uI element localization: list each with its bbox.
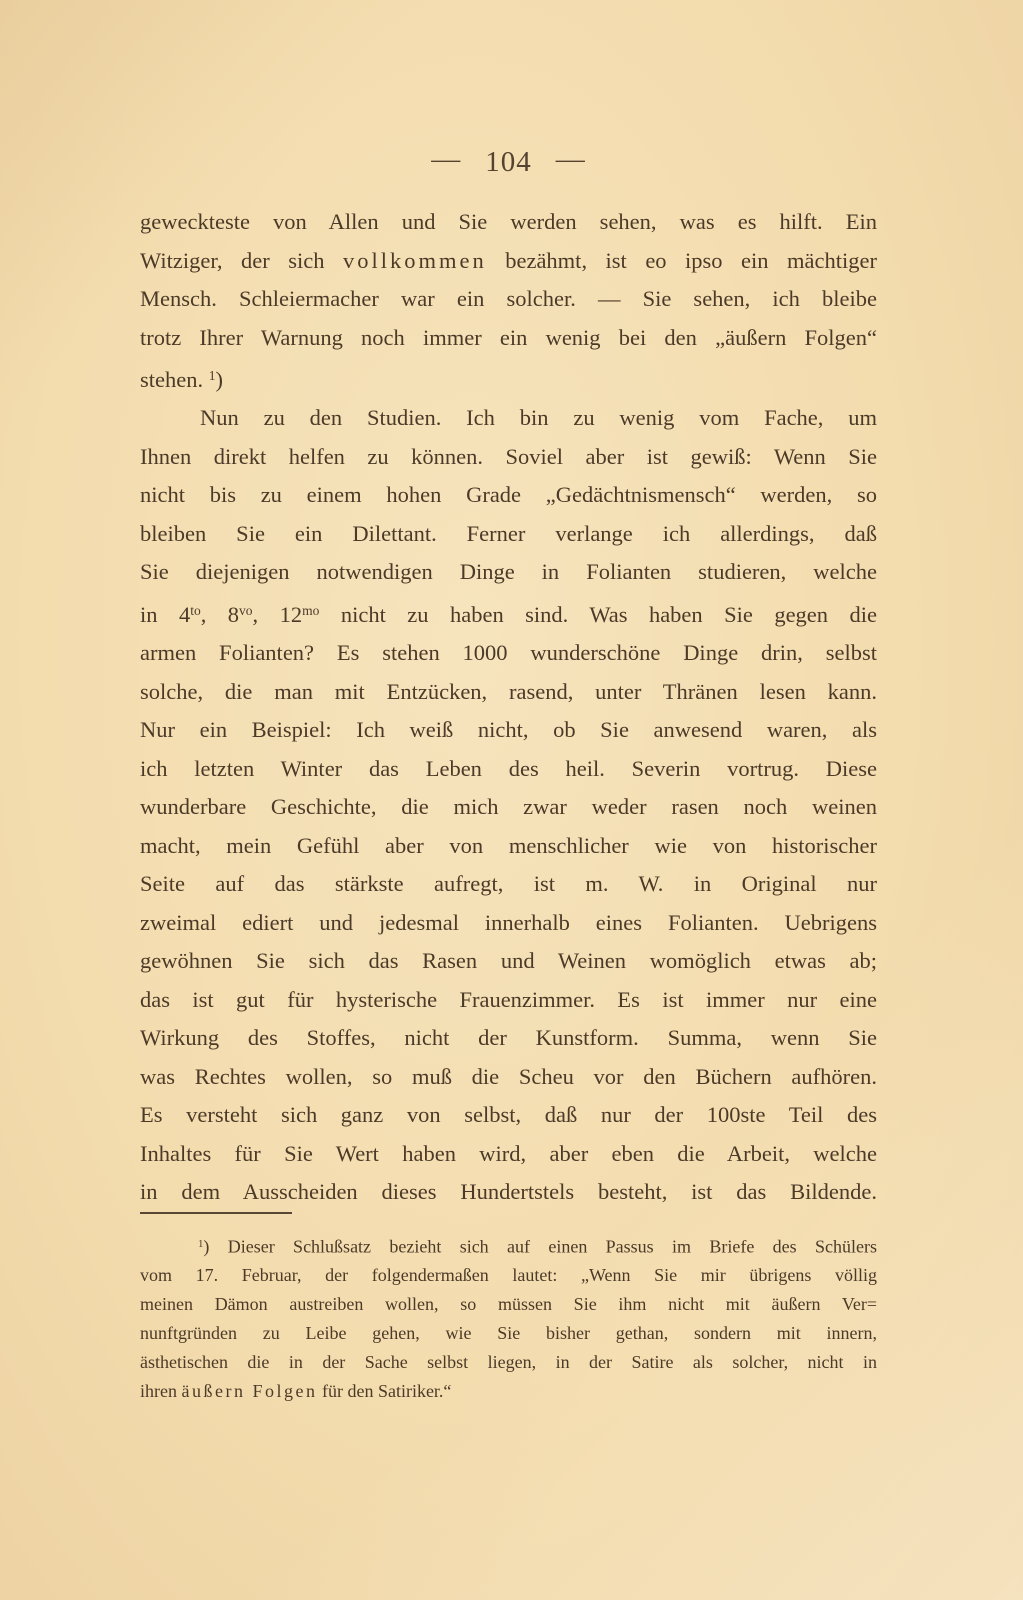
text-segment: bezähmt, ist bbox=[487, 248, 646, 273]
text-line: Mensch. Schleiermacher war ein solcher. … bbox=[140, 280, 877, 319]
text-line: Ihnen direkt helfen zu können. Soviel ab… bbox=[140, 438, 877, 477]
text-segment: Wirkung des Stoffes, nicht der Kunstform… bbox=[140, 1025, 877, 1050]
text-segment: Seite auf das stärkste aufregt, ist m. W… bbox=[140, 871, 877, 896]
paragraph-2: Nun zu den Studien. Ich bin zu wenig vom… bbox=[140, 399, 877, 1211]
text-line: Nun zu den Studien. Ich bin zu wenig vom… bbox=[140, 399, 877, 438]
footnote: 1) Dieser Schlußsatz bezieht sich auf ei… bbox=[140, 1230, 877, 1406]
text-segment: ein mächtiger bbox=[723, 248, 877, 273]
text-line: was Rechtes wollen, so muß die Scheu vor… bbox=[140, 1058, 877, 1097]
text-segment: 100 bbox=[707, 1102, 741, 1127]
text-segment: geweckteste von Allen und Sie werden seh… bbox=[140, 209, 877, 234]
text-segment: nicht zu haben sind. Was haben Sie gegen… bbox=[319, 602, 877, 627]
text-segment: Inhaltes für Sie Wert haben wird, aber e… bbox=[140, 1141, 877, 1166]
text-line: macht, mein Gefühl aber von menschlicher… bbox=[140, 827, 877, 866]
text-segment: armen Folianten? Es stehen bbox=[140, 640, 463, 665]
text-line: Seite auf das stärkste aufregt, ist m. W… bbox=[140, 865, 877, 904]
header-dash-right: — bbox=[556, 143, 586, 175]
text-segment: Mensch. Schleiermacher war ein solcher. … bbox=[140, 286, 877, 311]
text-segment: ) bbox=[215, 367, 223, 392]
text-line: ihren äußern Folgen für den Satiriker.“ bbox=[140, 1377, 877, 1406]
text-segment: vom bbox=[140, 1265, 196, 1285]
text-line: in 4to, 8vo, 12mo nicht zu haben sind. W… bbox=[140, 592, 877, 634]
paragraph-1: geweckteste von Allen und Sie werden seh… bbox=[140, 203, 877, 399]
text-line: armen Folianten? Es stehen 1000 wundersc… bbox=[140, 634, 877, 673]
text-segment: mo bbox=[302, 603, 319, 618]
text-segment: zweimal ediert und jedesmal innerhalb ei… bbox=[140, 910, 877, 935]
text-line: wunderbare Geschichte, die mich zwar wed… bbox=[140, 788, 877, 827]
text-line: meinen Dämon austreiben wollen, so müsse… bbox=[140, 1290, 877, 1319]
footnote-rule bbox=[140, 1212, 292, 1214]
text-segment: eo ipso bbox=[645, 248, 722, 273]
text-segment: solche, die man mit Entzücken, rasend, u… bbox=[140, 679, 877, 704]
text-line: vom 17. Februar, der folgendermaßen laut… bbox=[140, 1261, 877, 1290]
text-line: trotz Ihrer Warnung noch immer ein wenig… bbox=[140, 319, 877, 358]
text-segment: vo bbox=[239, 603, 253, 618]
text-line: solche, die man mit Entzücken, rasend, u… bbox=[140, 673, 877, 712]
text-line: in dem Ausscheiden dieses Hundertstels b… bbox=[140, 1173, 877, 1212]
text-segment: das ist gut für hysterische Frauenzimmer… bbox=[140, 987, 877, 1012]
text-line: zweimal ediert und jedesmal innerhalb ei… bbox=[140, 904, 877, 943]
text-line: stehen. 1) bbox=[140, 357, 877, 399]
text-segment: nunftgründen zu Leibe gehen, wie Sie bis… bbox=[140, 1323, 877, 1343]
text-segment: Ihnen direkt helfen zu können. Soviel ab… bbox=[140, 444, 877, 469]
text-segment: bleiben Sie ein Dilettant. Ferner verlan… bbox=[140, 521, 877, 546]
text-segment: ) Dieser Schlußsatz bezieht sich auf ein… bbox=[203, 1236, 877, 1256]
text-line: geweckteste von Allen und Sie werden seh… bbox=[140, 203, 877, 242]
text-segment: ich letzten Winter das Leben des heil. S… bbox=[140, 756, 877, 781]
text-line: 1) Dieser Schlußsatz bezieht sich auf ei… bbox=[140, 1230, 877, 1261]
text-line: nicht bis zu einem hohen Grade „Gedächtn… bbox=[140, 476, 877, 515]
text-segment: vollkommen bbox=[343, 248, 487, 273]
text-segment: für den Satiriker.“ bbox=[317, 1381, 451, 1401]
text-segment: ästhetischen die in der Sache selbst lie… bbox=[140, 1352, 877, 1372]
text-segment: ihren bbox=[140, 1381, 181, 1401]
text-segment: ste Teil des bbox=[741, 1102, 877, 1127]
text-line: Es versteht sich ganz von selbst, daß nu… bbox=[140, 1096, 877, 1135]
text-line: Sie diejenigen notwendigen Dinge in Foli… bbox=[140, 553, 877, 592]
text-line: ich letzten Winter das Leben des heil. S… bbox=[140, 750, 877, 789]
text-segment: äußern Folgen bbox=[181, 1381, 317, 1401]
text-segment: , bbox=[253, 602, 280, 627]
text-segment: in bbox=[140, 602, 179, 627]
text-segment: , bbox=[201, 602, 228, 627]
text-segment: wunderbare Geschichte, die mich zwar wed… bbox=[140, 794, 877, 819]
text-segment: meinen Dämon austreiben wollen, so müsse… bbox=[140, 1294, 877, 1314]
text-line: bleiben Sie ein Dilettant. Ferner verlan… bbox=[140, 515, 877, 554]
text-segment: trotz Ihrer Warnung noch immer ein wenig… bbox=[140, 325, 877, 350]
page-header: —104— bbox=[140, 146, 877, 179]
text-line: Inhaltes für Sie Wert haben wird, aber e… bbox=[140, 1135, 877, 1174]
text-segment: 12 bbox=[280, 602, 303, 627]
text-segment: macht, mein Gefühl aber von menschlicher… bbox=[140, 833, 877, 858]
text-line: ästhetischen die in der Sache selbst lie… bbox=[140, 1348, 877, 1377]
text-line: Nur ein Beispiel: Ich weiß nicht, ob Sie… bbox=[140, 711, 877, 750]
text-segment: 1000 bbox=[463, 640, 508, 665]
book-page: —104— geweckteste von Allen und Sie werd… bbox=[0, 0, 1023, 1600]
text-segment: to bbox=[190, 603, 201, 618]
text-segment: 17. bbox=[196, 1265, 219, 1285]
text-segment: Nur ein Beispiel: Ich weiß nicht, ob Sie… bbox=[140, 717, 877, 742]
text-segment: stehen. bbox=[140, 367, 209, 392]
text-segment: was Rechtes wollen, so muß die Scheu vor… bbox=[140, 1064, 877, 1089]
text-segment: 8 bbox=[228, 602, 239, 627]
text-segment: nicht bis zu einem hohen Grade „Gedächtn… bbox=[140, 482, 877, 507]
text-segment: in dem Ausscheiden dieses Hundertstels b… bbox=[140, 1179, 877, 1204]
header-dash-left: — bbox=[431, 143, 461, 175]
text-line: das ist gut für hysterische Frauenzimmer… bbox=[140, 981, 877, 1020]
text-line: Wirkung des Stoffes, nicht der Kunstform… bbox=[140, 1019, 877, 1058]
text-segment: 4 bbox=[179, 602, 190, 627]
main-text: geweckteste von Allen und Sie werden seh… bbox=[140, 203, 877, 1212]
text-segment: wunderschöne Dinge drin, selbst bbox=[508, 640, 877, 665]
text-line: Witziger, der sich vollkommen bezähmt, i… bbox=[140, 242, 877, 281]
text-line: gewöhnen Sie sich das Rasen und Weinen w… bbox=[140, 942, 877, 981]
text-segment: Nun zu den Studien. Ich bin zu wenig vom… bbox=[200, 405, 877, 430]
text-segment: Sie diejenigen notwendigen Dinge in Foli… bbox=[140, 559, 877, 584]
text-line: nunftgründen zu Leibe gehen, wie Sie bis… bbox=[140, 1319, 877, 1348]
text-segment: Es versteht sich ganz von selbst, daß nu… bbox=[140, 1102, 707, 1127]
text-segment: Februar, der folgendermaßen lautet: „Wen… bbox=[218, 1265, 877, 1285]
text-segment: Witziger, der sich bbox=[140, 248, 343, 273]
page-number: 104 bbox=[485, 146, 532, 178]
text-segment: gewöhnen Sie sich das Rasen und Weinen w… bbox=[140, 948, 877, 973]
